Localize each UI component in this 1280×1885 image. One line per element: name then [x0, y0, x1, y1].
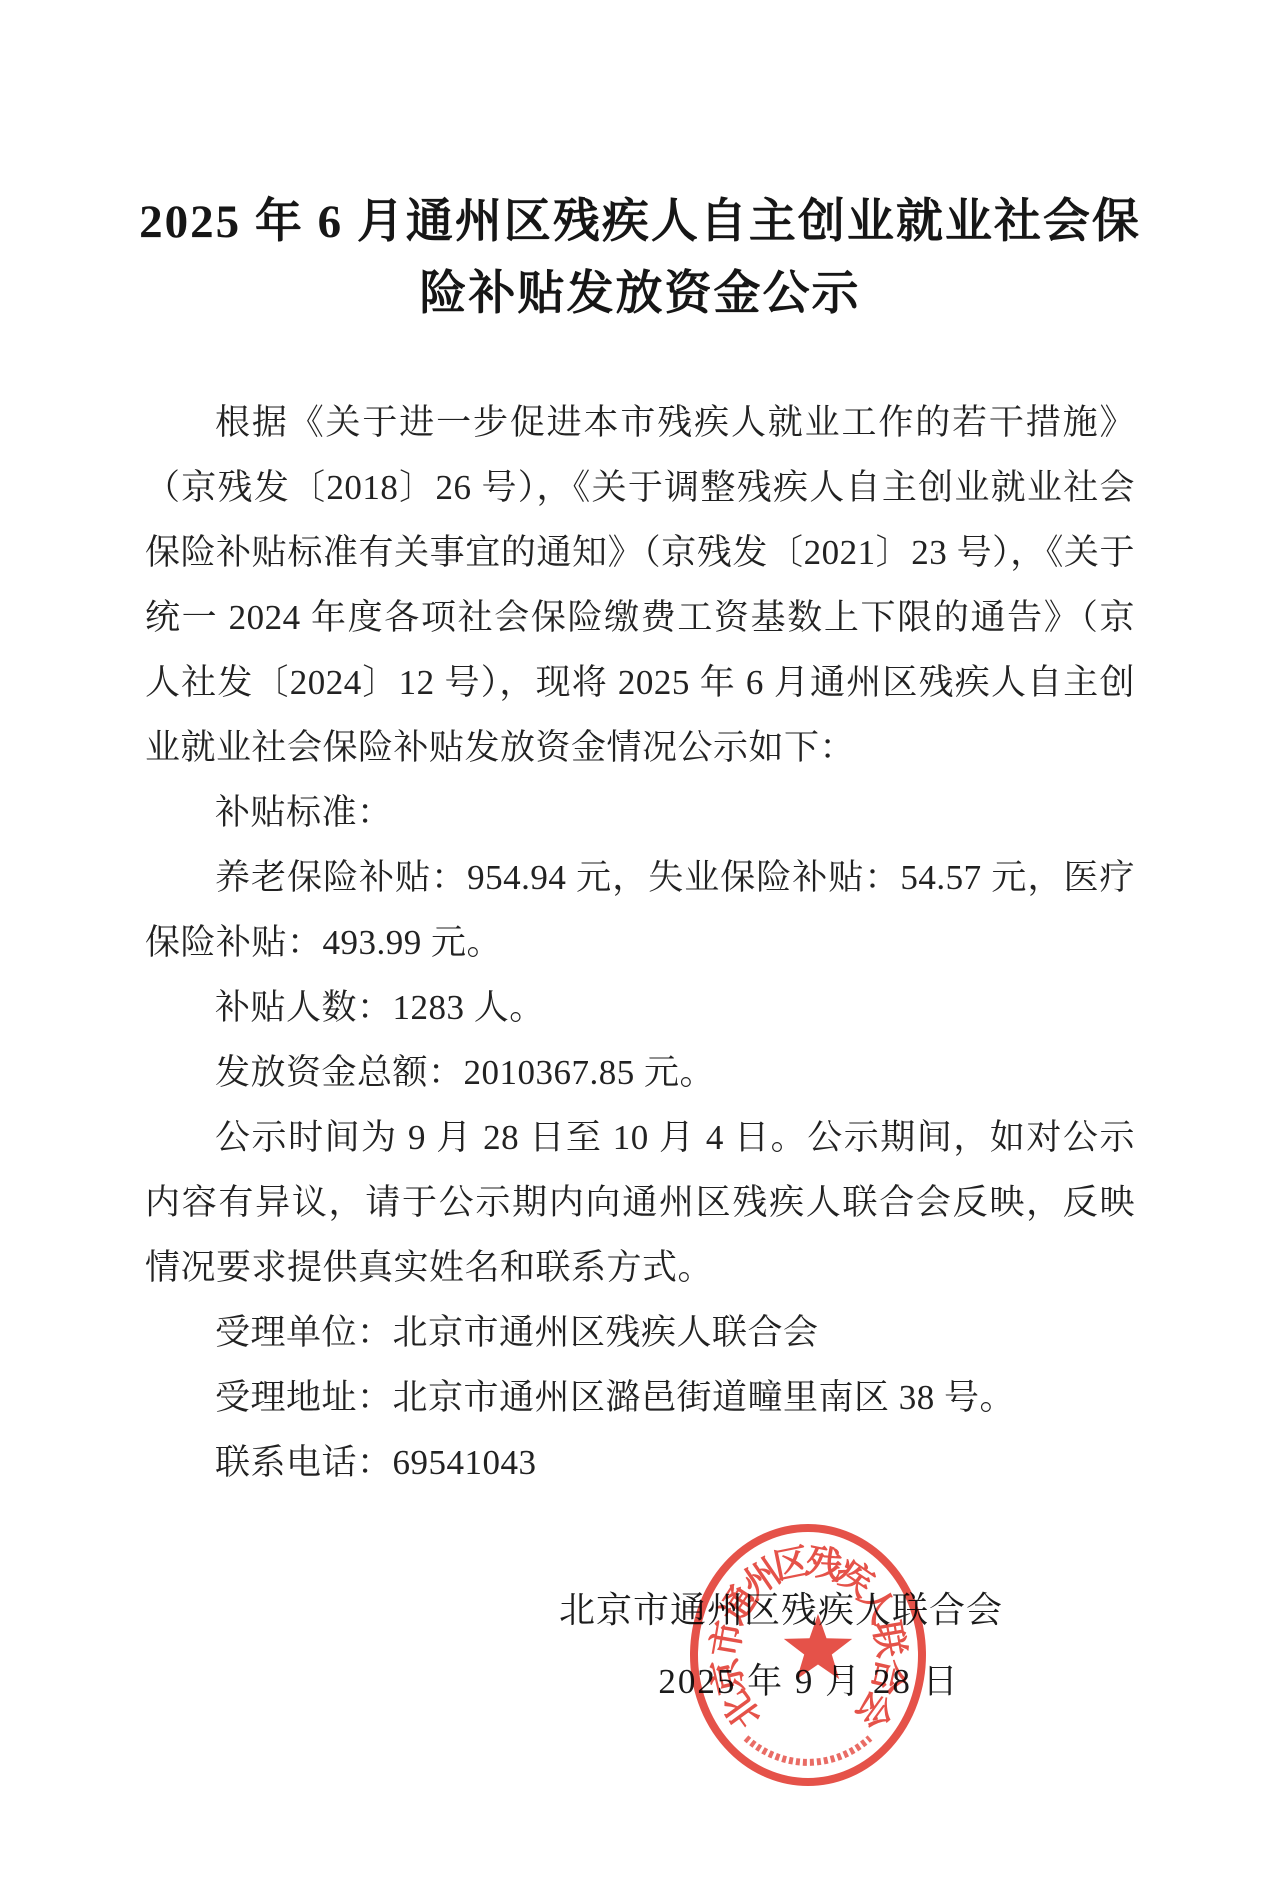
body-paragraph: 发放资金总额：2010367.85 元。 — [145, 1040, 1135, 1105]
doc-title-line2: 险补贴发放资金公示 — [420, 268, 861, 320]
body-paragraph: 补贴人数：1283 人。 — [145, 975, 1135, 1040]
seal-serial-band — [746, 1738, 870, 1762]
body-paragraph: 受理单位：北京市通州区残疾人联合会 — [145, 1300, 1135, 1365]
doc-body: 根据《关于进一步促进本市残疾人就业工作的若干措施》（京残发〔2018〕26 号）… — [145, 390, 1135, 1495]
seal-arc-char: 京 — [705, 1654, 752, 1698]
seal-star-icon — [784, 1614, 852, 1679]
body-paragraph: 受理地址：北京市通州区潞邑街道疃里南区 38 号。 — [145, 1365, 1135, 1430]
body-paragraph: 联系电话：69541043 — [145, 1430, 1135, 1495]
official-seal-icon: 北京市通州区残疾人联合会 — [678, 1515, 938, 1795]
body-paragraph: 补贴标准： — [145, 780, 1135, 845]
body-paragraph: 公示时间为 9 月 28 日至 10 月 4 日。公示期间，如对公示内容有异议，… — [145, 1105, 1135, 1300]
doc-title: 2025 年 6 月通州区残疾人自主创业就业社会保险补贴发放资金公示 — [130, 186, 1150, 330]
body-paragraph: 根据《关于进一步促进本市残疾人就业工作的若干措施》（京残发〔2018〕26 号）… — [145, 390, 1135, 780]
doc-title-line1: 2025 年 6 月通州区残疾人自主创业就业社会保 — [139, 196, 1141, 248]
body-paragraph: 养老保险补贴：954.94 元，失业保险补贴：54.57 元，医疗保险补贴：49… — [145, 845, 1135, 975]
document-page: 2025 年 6 月通州区残疾人自主创业就业社会保险补贴发放资金公示 根据《关于… — [0, 0, 1280, 1885]
